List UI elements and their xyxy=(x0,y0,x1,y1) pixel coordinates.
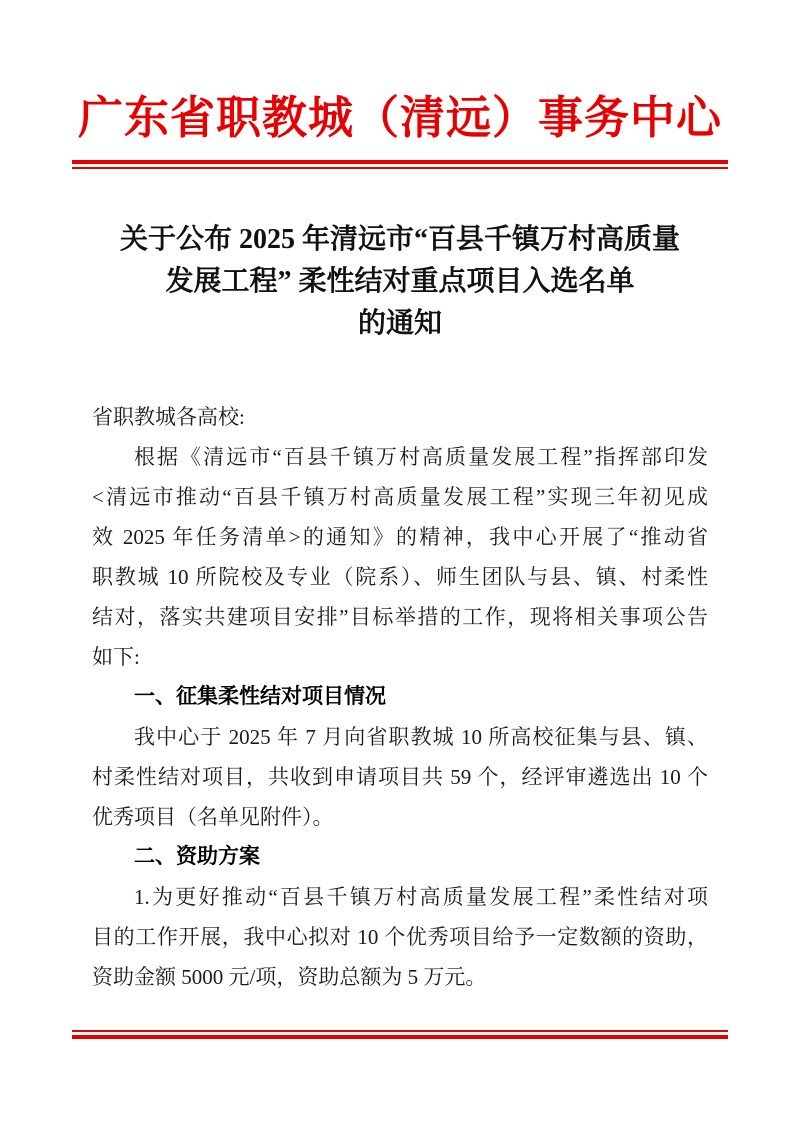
body-line: 优秀项目（名单见附件）。 xyxy=(92,797,708,837)
document-body: 省职教城各高校: 根据《清远市“百县千镇万村高质量发展工程”指挥部印发 <清远市… xyxy=(92,397,708,997)
body-line: 结对，落实共建项目安排”目标举措的工作，现将相关事项公告 xyxy=(92,597,708,637)
section-heading-1: 一、征集柔性结对项目情况 xyxy=(92,677,708,717)
letterhead-title: 广东省职教城（清远）事务中心 xyxy=(0,92,800,144)
document-page: 广东省职教城（清远）事务中心 关于公布 2025 年清远市“百县千镇万村高质量 … xyxy=(0,0,800,1131)
body-line: 如下: xyxy=(92,637,708,677)
document-title: 关于公布 2025 年清远市“百县千镇万村高质量 发展工程” 柔性结对重点项目入… xyxy=(0,219,800,345)
document-title-line-2: 发展工程” 柔性结对重点项目入选名单 xyxy=(0,261,800,303)
document-title-line-1: 关于公布 2025 年清远市“百县千镇万村高质量 xyxy=(0,219,800,261)
body-line: 根据《清远市“百县千镇万村高质量发展工程”指挥部印发 xyxy=(92,437,708,477)
letterhead-rule xyxy=(72,160,728,169)
body-line: 目的工作开展，我中心拟对 10 个优秀项目给予一定数额的资助， xyxy=(92,917,708,957)
body-line: 我中心于 2025 年 7 月向省职教城 10 所高校征集与县、镇、 xyxy=(92,717,708,757)
body-line: 资助金额 5000 元/项，资助总额为 5 万元。 xyxy=(92,957,708,997)
footer-rule-thick xyxy=(72,1035,728,1039)
body-line: 职教城 10 所院校及专业（院系）、师生团队与县、镇、村柔性 xyxy=(92,557,708,597)
letterhead-rule-thin xyxy=(72,167,728,169)
section-heading-2: 二、资助方案 xyxy=(92,837,708,877)
body-line: 1.为更好推动“百县千镇万村高质量发展工程”柔性结对项 xyxy=(92,877,708,917)
body-line: <清远市推动“百县千镇万村高质量发展工程”实现三年初见成 xyxy=(92,477,708,517)
footer-rule xyxy=(72,1030,728,1039)
body-line: 效 2025 年任务清单>的通知》的精神，我中心开展了“推动省 xyxy=(92,517,708,557)
salutation-line: 省职教城各高校: xyxy=(92,397,708,437)
document-title-line-3: 的通知 xyxy=(0,303,800,345)
body-line: 村柔性结对项目，共收到申请项目共 59 个，经评审遴选出 10 个 xyxy=(92,757,708,797)
